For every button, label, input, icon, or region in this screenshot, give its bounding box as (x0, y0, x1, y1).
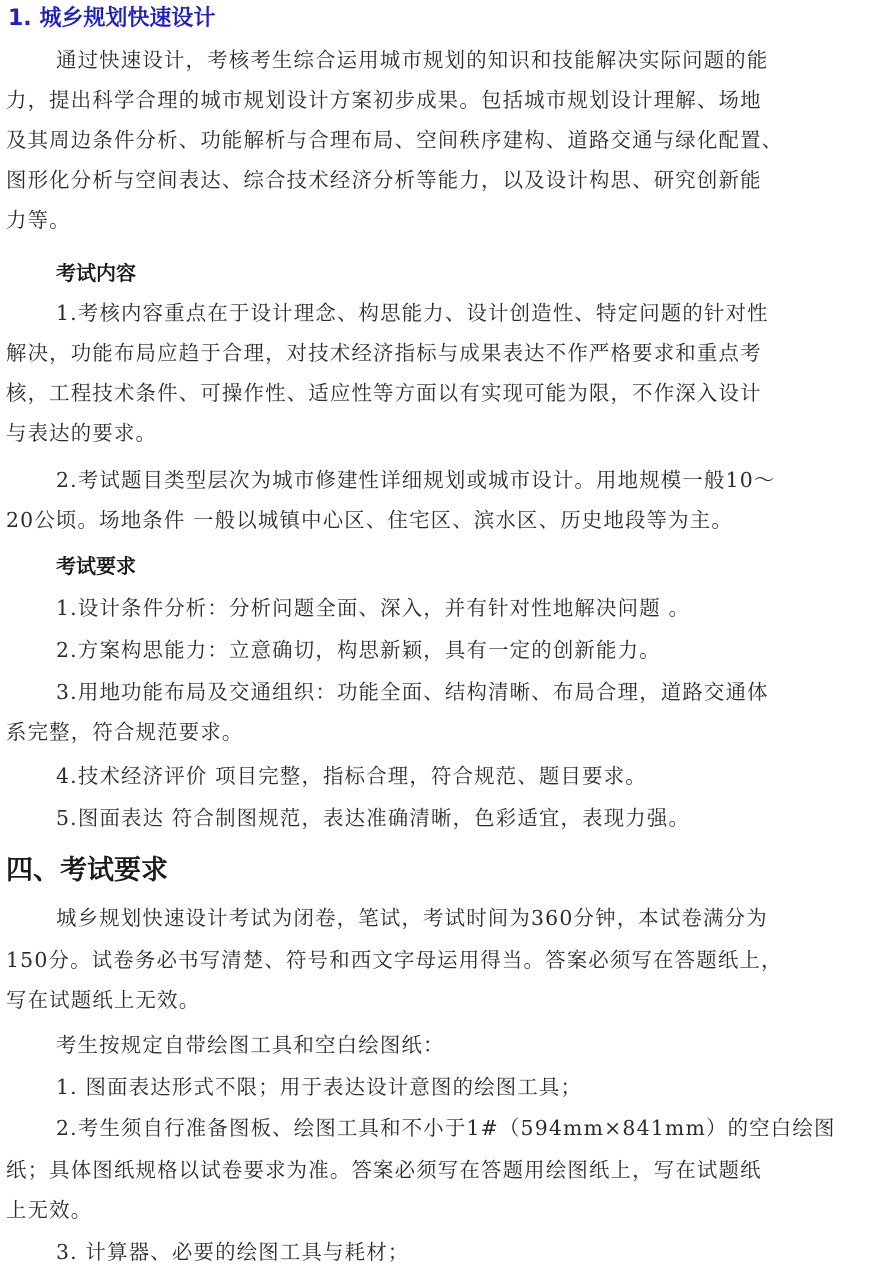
tool-item-line: 上无效。 (6, 1195, 92, 1225)
section-four-line: 150分。试卷务必书写清楚、符号和西文字母运用得当。答案必须写在答题纸上， (6, 945, 783, 975)
requirement-item-line: 2.方案构思能力：立意确切，构思新颖，具有一定的创新能力。 (56, 635, 661, 665)
requirement-item-line: 系完整，符合规范要求。 (6, 717, 244, 747)
intro-line: 力，提出科学合理的城市规划设计方案初步成果。包括城市规划设计理解、场地 (6, 85, 762, 115)
content-item-line: 20公顷。场地条件 一般以城镇中心区、住宅区、滨水区、历史地段等为主。 (6, 505, 733, 535)
section-title: 1. 城乡规划快速设计 (8, 4, 215, 34)
section-four-line: 城乡规划快速设计考试为闭卷，笔试，考试时间为360分钟，本试卷满分为 (56, 903, 768, 933)
content-item-line: 解决，功能布局应趋于合理，对技术经济指标与成果表达不作严格要求和重点考 (6, 338, 762, 368)
intro-line: 及其周边条件分析、功能解析与合理布局、空间秩序建构、道路交通与绿化配置、 (6, 125, 783, 155)
requirement-item-line: 3.用地功能布局及交通组织：功能全面、结构清晰、布局合理，道路交通体 (56, 677, 769, 707)
exam-requirements-heading: 考试要求 (56, 551, 136, 581)
intro-line: 力等。 (6, 205, 71, 235)
requirement-item-line: 1.设计条件分析：分析问题全面、深入，并有针对性地解决问题 。 (56, 593, 690, 623)
section-four-line: 写在试题纸上无效。 (6, 985, 200, 1015)
tool-item-line: 3. 计算器、必要的绘图工具与耗材； (56, 1237, 409, 1267)
requirement-item-line: 5.图面表达 符合制图规范，表达准确清晰，色彩适宜，表现力强。 (56, 803, 690, 833)
content-item-line: 1.考核内容重点在于设计理念、构思能力、设计创造性、特定问题的针对性 (56, 298, 769, 328)
tool-item-line: 2.考生须自行准备图板、绘图工具和不小于1#（594mm×841mm）的空白绘图 (56, 1113, 836, 1143)
content-item-line: 与表达的要求。 (6, 418, 157, 448)
tool-item-line: 1. 图面表达形式不限；用于表达设计意图的绘图工具； (56, 1072, 582, 1102)
requirement-item-line: 4.技术经济评价 项目完整，指标合理，符合规范、题目要求。 (56, 761, 647, 791)
exam-content-heading: 考试内容 (56, 258, 136, 288)
intro-line: 图形化分析与空间表达、综合技术经济分析等能力，以及设计构思、研究创新能 (6, 165, 762, 195)
tool-item-line: 纸；具体图纸规格以试卷要求为准。答案必须写在答题用绘图纸上，写在试题纸 (6, 1155, 762, 1185)
content-item-line: 核，工程技术条件、可操作性、适应性等方面以有实现可能为限，不作深入设计 (6, 378, 762, 408)
content-item-line: 2.考试题目类型层次为城市修建性详细规划或城市设计。用地规模一般10～ (56, 465, 776, 495)
document-page: 1. 城乡规划快速设计 通过快速设计，考核考生综合运用城市规划的知识和技能解决实… (0, 0, 884, 1268)
intro-line: 通过快速设计，考核考生综合运用城市规划的知识和技能解决实际问题的能 (56, 45, 769, 75)
section-four-heading: 四、考试要求 (6, 853, 168, 889)
tools-intro: 考生按规定自带绘图工具和空白绘图纸： (56, 1030, 445, 1060)
